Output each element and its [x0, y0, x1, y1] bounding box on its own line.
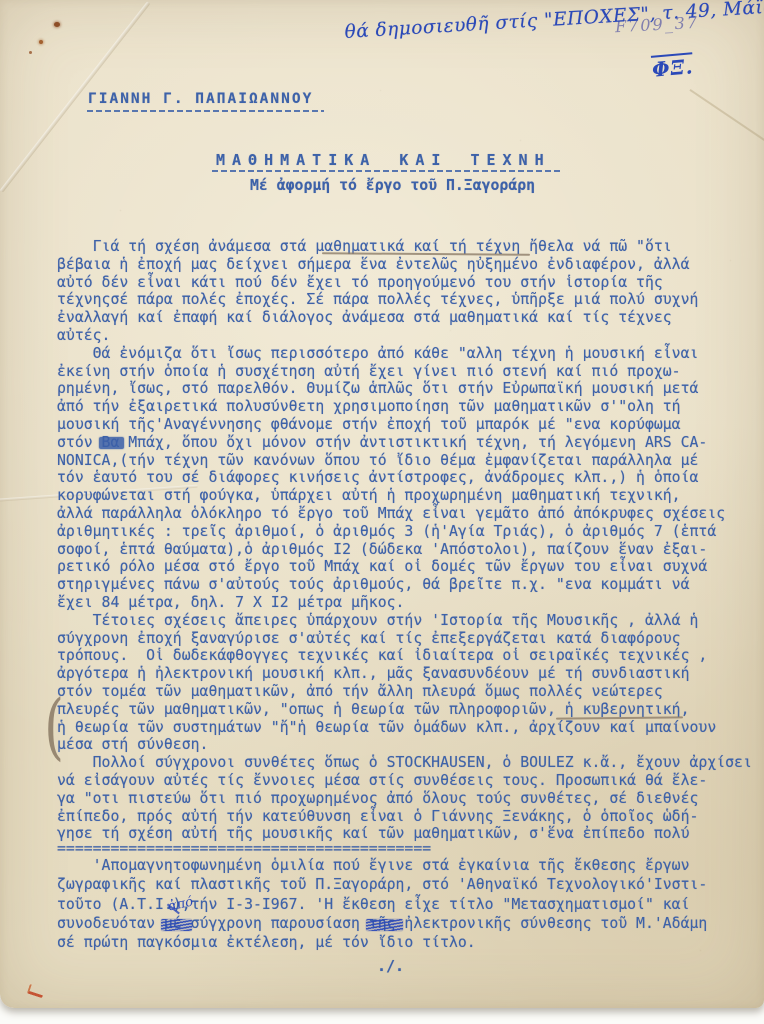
rust-stain — [39, 40, 43, 44]
paper-sheet: F709_37 θά δημοσιευθῆ στίς "ΕΠΟΧΕΣ", τ. … — [0, 0, 764, 1008]
typed-strikethrough — [99, 437, 124, 449]
pen-scribble-2 — [366, 919, 403, 931]
red-ink-mark — [27, 984, 45, 998]
pen-scribble-1 — [161, 919, 192, 931]
page-title: ΜΑΘΗΜΑΤΙΚΑ ΚΑΙ ΤΕΧΝΗ — [216, 151, 551, 169]
continuation-mark: ./. — [377, 957, 404, 975]
publish-note-handwritten: θά δημοσιευθῆ στίς "ΕΠΟΧΕΣ", τ. 49, Μάϊο… — [344, 0, 764, 43]
body-text: Γιά τή σχέση ἀνάμεσα στά μαθηματικά καί … — [57, 238, 752, 843]
paper-specks — [0, 0, 1, 1]
author-name: ΓΙΑΝΝΗ Γ. ΠΑΠΑΙΩΑΝΝΟΥ — [88, 91, 313, 107]
footnote-text: 'Απομαγνητοφωνημένη ὁμιλία πού ἔγινε στά… — [57, 856, 707, 952]
rust-stain — [29, 51, 32, 54]
rust-stain — [54, 22, 60, 27]
margin-parenthesis-pencil: ( — [44, 694, 64, 758]
author-underline — [87, 110, 324, 112]
title-underline — [212, 170, 562, 172]
footnote-separator: ========================================… — [57, 840, 431, 857]
scanned-page: F709_37 θά δημοσιευθῆ στίς "ΕΠΟΧΕΣ", τ. … — [0, 0, 764, 1024]
top-right-crease — [689, 89, 764, 169]
document-subtitle: Μέ ἀφορμή τό ἔργο τοῦ Π.Ξαγοράρη — [250, 177, 535, 194]
monogram-initials: ΦΞ. — [651, 54, 694, 82]
